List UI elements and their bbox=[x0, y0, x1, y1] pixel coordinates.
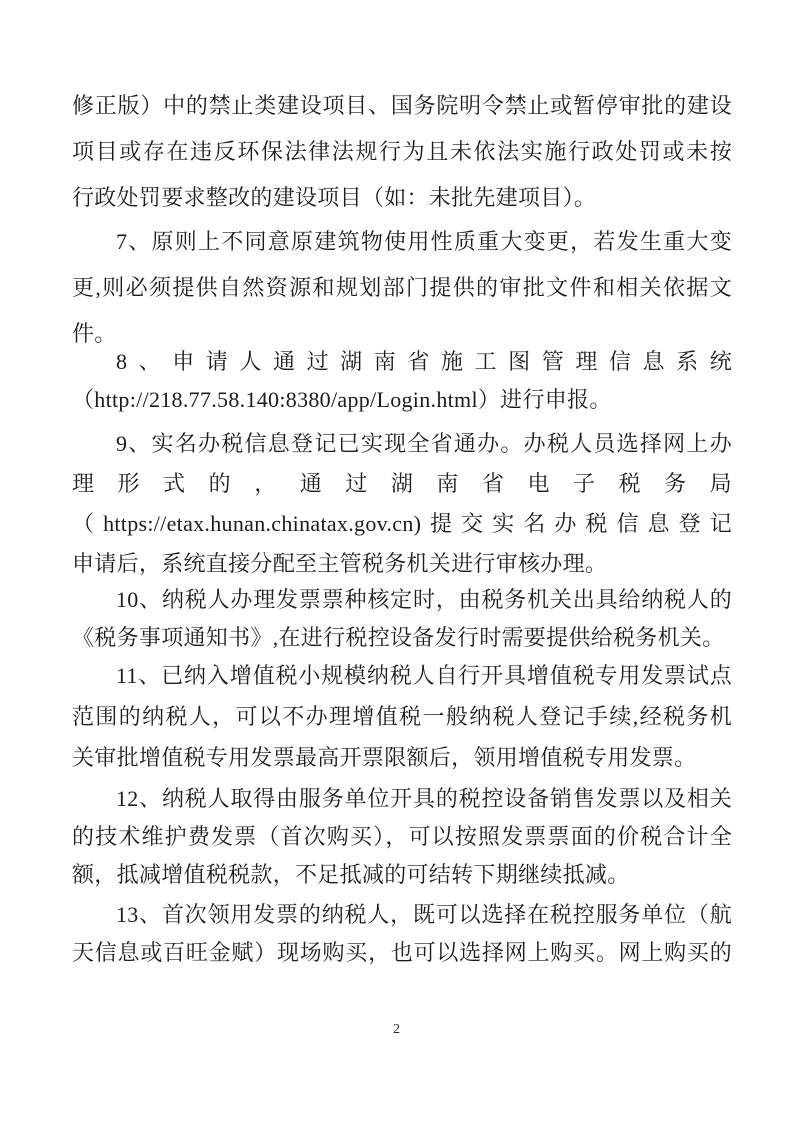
text-line: 《税务事项通知书》,在进行税控设备发行时需要提供给税务机关。 bbox=[72, 619, 732, 657]
text-line: 更,则必须提供自然资源和规划部门提供的审批文件和相关依据文 bbox=[72, 265, 732, 311]
paragraph-item-13: 13、首次领用发票的纳税人，既可以选择在税控服务单位（航天信息或百旺金赋）现场购… bbox=[72, 896, 732, 972]
paragraph-item-12: 12、纳税人取得由服务单位开具的税控设备销售发票以及相关的技术维护费发票（首次购… bbox=[72, 780, 732, 894]
paragraph-item-8: 8、申请人通过湖南省施工图管理信息系统（http://218.77.58.140… bbox=[72, 343, 732, 419]
text-line: 申请后，系统直接分配至主管税务机关进行审核办理。 bbox=[72, 544, 732, 584]
paragraph-item-7: 7、原则上不同意原建筑物使用性质重大变更，若发生重大变更,则必须提供自然资源和规… bbox=[72, 219, 732, 357]
text-line: 13、首次领用发票的纳税人，既可以选择在税控服务单位（航 bbox=[72, 896, 732, 934]
text-line: 理形式的，通过湖南省电子税务局 bbox=[72, 464, 732, 504]
text-line: 行政处罚要求整改的建设项目（如：未批先建项目）。 bbox=[72, 175, 732, 221]
document-page: 修正版）中的禁止类建设项目、国务院明令禁止或暂停审批的建设项目或存在违反环保法律… bbox=[0, 0, 793, 1122]
text-line: 8、申请人通过湖南省施工图管理信息系统 bbox=[72, 343, 732, 381]
paragraph-item-9: 9、实名办税信息登记已实现全省通办。办税人员选择网上办理形式的，通过湖南省电子税… bbox=[72, 424, 732, 584]
text-line: 10、纳税人办理发票票种核定时，由税务机关出具给纳税人的 bbox=[72, 581, 732, 619]
text-line: 修正版）中的禁止类建设项目、国务院明令禁止或暂停审批的建设 bbox=[72, 83, 732, 129]
text-line: 12、纳税人取得由服务单位开具的税控设备销售发票以及相关 bbox=[72, 780, 732, 818]
text-line: 7、原则上不同意原建筑物使用性质重大变更，若发生重大变 bbox=[72, 219, 732, 265]
text-line: 额，抵减增值税税款，不足抵减的可结转下期继续抵减。 bbox=[72, 856, 732, 894]
text-line: 9、实名办税信息登记已实现全省通办。办税人员选择网上办 bbox=[72, 424, 732, 464]
text-line: 项目或存在违反环保法律法规行为且未依法实施行政处罚或未按 bbox=[72, 129, 732, 175]
text-line: （https://etax.hunan.chinatax.gov.cn)提交实名… bbox=[72, 504, 732, 544]
text-line: 的技术维护费发票（首次购买），可以按照发票票面的价税合计全 bbox=[72, 818, 732, 856]
page-number: 2 bbox=[0, 1020, 793, 1040]
text-line: 11、已纳入增值税小规模纳税人自行开具增值税专用发票试点 bbox=[72, 655, 732, 696]
text-line: （http://218.77.58.140:8380/app/Login.htm… bbox=[72, 381, 732, 419]
text-line: 关审批增值税专用发票最高开票限额后，领用增值税专用发票。 bbox=[72, 737, 732, 778]
text-line: 范围的纳税人，可以不办理增值税一般纳税人登记手续,经税务机 bbox=[72, 696, 732, 737]
text-line: 天信息或百旺金赋）现场购买，也可以选择网上购买。网上购买的 bbox=[72, 934, 732, 972]
paragraph-item-11: 11、已纳入增值税小规模纳税人自行开具增值税专用发票试点范围的纳税人，可以不办理… bbox=[72, 655, 732, 778]
paragraph-intro-continuation: 修正版）中的禁止类建设项目、国务院明令禁止或暂停审批的建设项目或存在违反环保法律… bbox=[72, 83, 732, 221]
paragraph-item-10: 10、纳税人办理发票票种核定时，由税务机关出具给纳税人的《税务事项通知书》,在进… bbox=[72, 581, 732, 657]
